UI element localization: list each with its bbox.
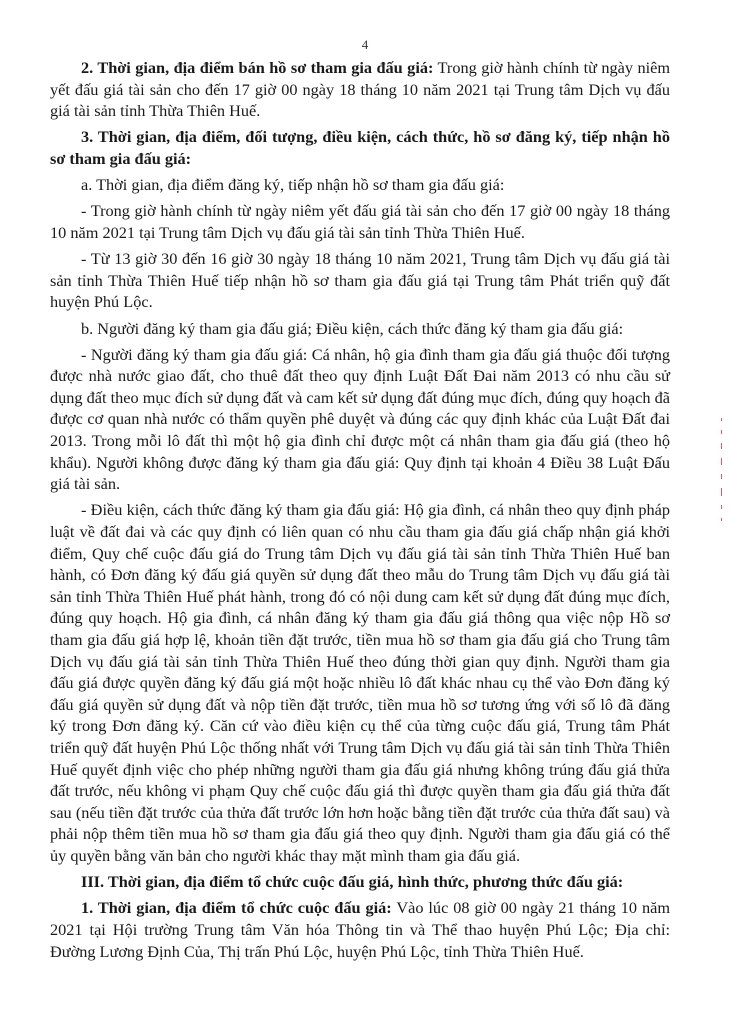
- section-3-paragraph: 3. Thời gian, địa điểm, đối tượng, điều …: [50, 126, 670, 169]
- section-2-paragraph: 2. Thời gian, địa điểm bán hồ sơ tham gi…: [50, 57, 670, 122]
- section-2-heading: 2. Thời gian, địa điểm bán hồ sơ tham gi…: [81, 58, 433, 77]
- section-3a-item-1: - Trong giờ hành chính từ ngày niêm yết …: [50, 200, 670, 243]
- page-number: 4: [0, 37, 730, 53]
- document-body: 2. Thời gian, địa điểm bán hồ sơ tham gi…: [50, 57, 670, 967]
- section-3b-item-1: - Người đăng ký tham gia đấu giá: Cá nhâ…: [50, 344, 670, 495]
- section-III-1-paragraph: 1. Thời gian, địa điểm tổ chức cuộc đấu …: [50, 897, 670, 962]
- section-III-1-heading: 1. Thời gian, địa điểm tổ chức cuộc đấu …: [81, 898, 392, 917]
- section-3b-title: b. Người đăng ký tham gia đấu giá; Điều …: [50, 318, 670, 340]
- section-3b-item-2: - Điều kiện, cách thức đăng ký tham gia …: [50, 499, 670, 866]
- section-3-heading: 3. Thời gian, địa điểm, đối tượng, điều …: [50, 127, 670, 168]
- section-3a-item-2: - Từ 13 giờ 30 đến 16 giờ 30 ngày 18 thá…: [50, 248, 670, 313]
- section-3a-title: a. Thời gian, địa điểm đăng ký, tiếp nhậ…: [50, 174, 670, 196]
- margin-stamp-marks: [717, 418, 725, 521]
- section-III-paragraph: III. Thời gian, địa điểm tổ chức cuộc đấ…: [50, 871, 670, 893]
- section-III-heading: III. Thời gian, địa điểm tổ chức cuộc đấ…: [81, 872, 623, 891]
